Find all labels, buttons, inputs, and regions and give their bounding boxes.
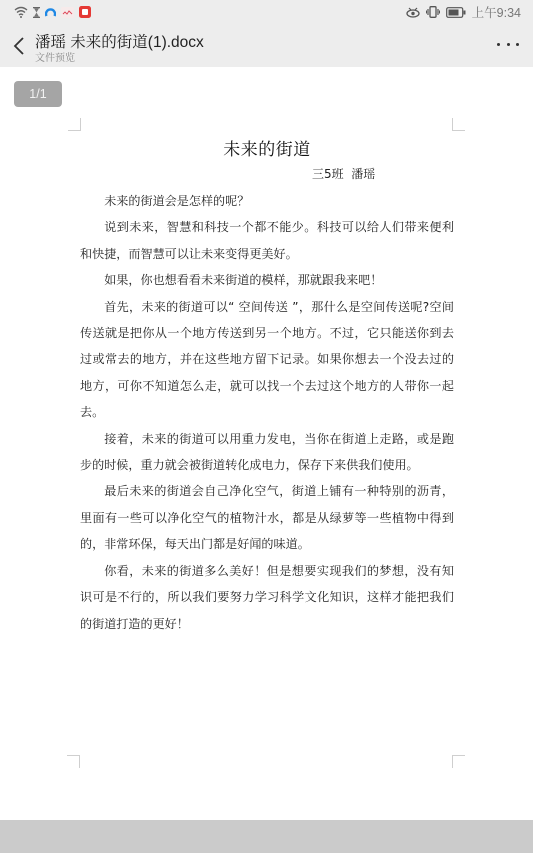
- paragraph: 你看，未来的街道多么美好！但是想要实现我们的梦想，没有知识可是不行的，所以我们要…: [80, 558, 454, 637]
- status-time: 上午9:34: [472, 3, 521, 21]
- document-author: 三5班 潘瑶: [312, 165, 375, 182]
- battery-icon: [446, 7, 466, 18]
- document-title: 未来的街道: [80, 135, 454, 160]
- status-bar: 上午9:34: [0, 0, 533, 24]
- paragraph: 接着，未来的街道可以用重力发电，当你在街道上走路，或是跑步的时候，重力就会被街道…: [80, 426, 454, 479]
- app-red-icon: [79, 6, 91, 18]
- bottom-bar: [0, 820, 533, 853]
- page-corner-mark-top-right: [452, 118, 465, 131]
- file-subtitle: 文件预览: [35, 49, 75, 64]
- page-corner-mark-bottom-left: [67, 755, 80, 768]
- status-right: 上午9:34: [406, 4, 521, 20]
- paragraph: 最后未来的街道会自己净化空气，街道上铺有一种特别的沥青，里面有一些可以净化空气的…: [80, 478, 454, 557]
- hourglass-icon: [33, 7, 40, 18]
- page-corner-mark-bottom-right: [452, 755, 465, 768]
- more-dot-icon: [497, 43, 500, 46]
- chevron-left-icon: [8, 32, 30, 60]
- top-bar: 上午9:34 潘瑶 未来的街道(1).docx 文件预览: [0, 0, 533, 67]
- vibrate-icon: [426, 6, 440, 18]
- more-dot-icon: [516, 43, 519, 46]
- page-indicator: 1/1: [14, 81, 62, 107]
- eye-icon: [406, 7, 420, 18]
- wifi-icon: [14, 6, 28, 18]
- page-corner-mark-top-left: [68, 118, 81, 131]
- app-circle-icon: [45, 7, 56, 18]
- back-button[interactable]: [8, 32, 30, 60]
- status-left-icons: [14, 5, 91, 19]
- app-header: 潘瑶 未来的街道(1).docx 文件预览: [0, 24, 533, 67]
- paragraph: 未来的街道会是怎样的呢？: [80, 188, 454, 214]
- more-options-button[interactable]: [497, 36, 519, 52]
- app-notification-icon: [61, 7, 74, 18]
- paragraph: 如果，你也想看看未来街道的模样，那就跟我来吧！: [80, 267, 454, 293]
- paragraph: 首先，未来的街道可以“ 空间传送 ”，那什么是空间传送呢?空间传送就是把你从一个…: [80, 294, 454, 426]
- paragraph: 说到未来，智慧和科技一个都不能少。科技可以给人们带来便利和快捷，而智慧可以让未来…: [80, 214, 454, 267]
- document-body: 未来的街道会是怎样的呢？ 说到未来，智慧和科技一个都不能少。科技可以给人们带来便…: [80, 188, 454, 637]
- more-dot-icon: [507, 43, 510, 46]
